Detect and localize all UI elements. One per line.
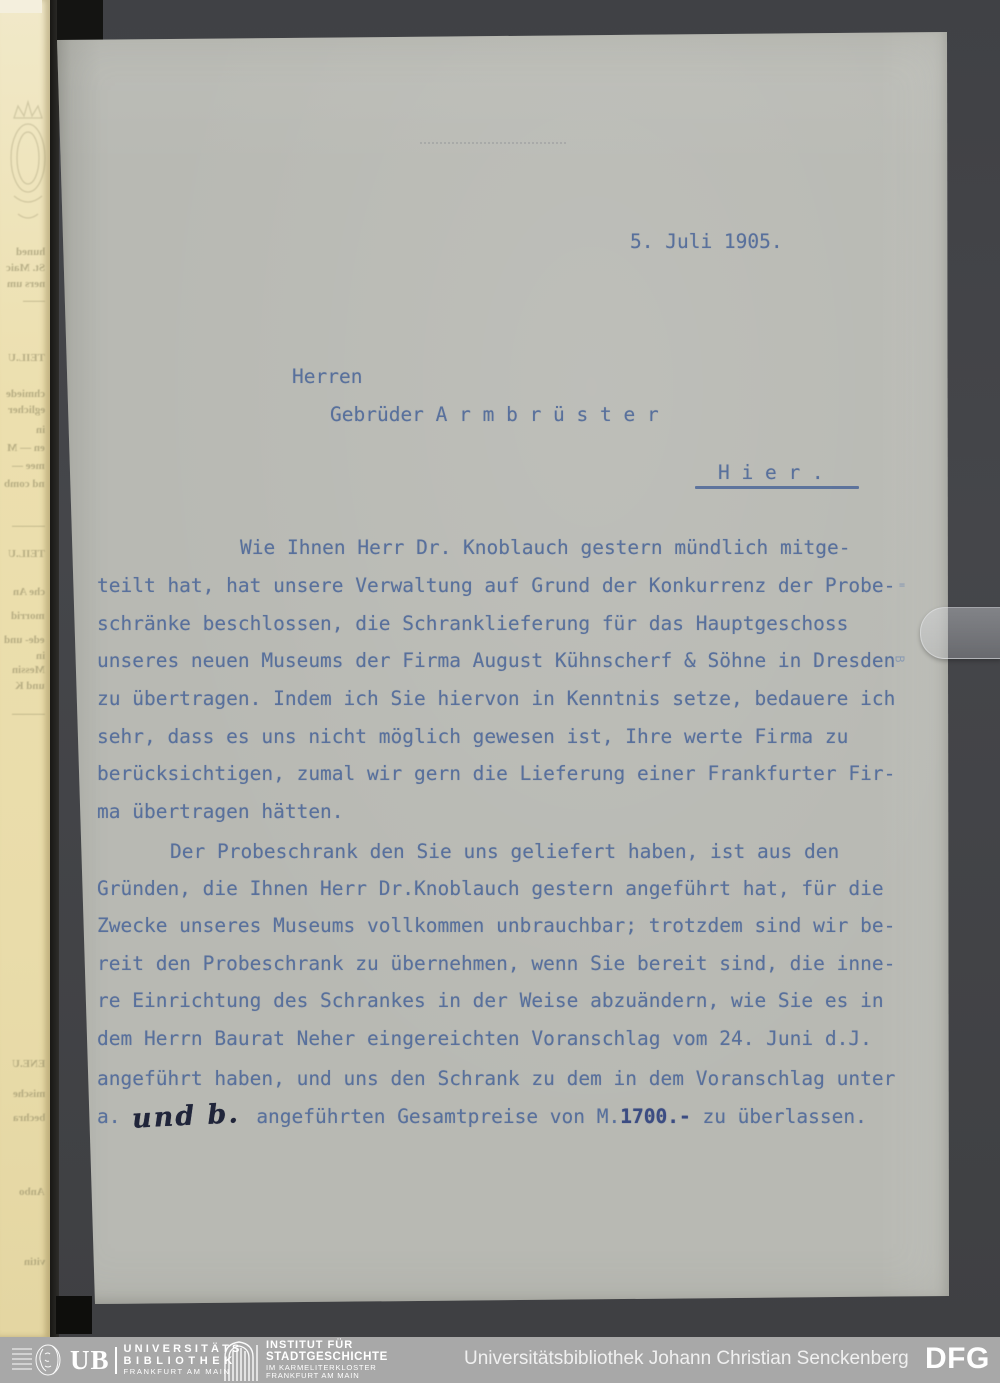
letter-body-line: sehr, dass es uns nicht möglich gewesen … — [97, 726, 848, 748]
letter-body-line: Zwecke unseres Museums vollkommen unbrau… — [97, 915, 895, 937]
page-corner-sliver — [0, 0, 42, 13]
ghost-text-fragment: ——— — [12, 708, 45, 720]
ghost-text-fragment: en — M — [7, 442, 45, 454]
ghost-text-fragment: in — [36, 650, 45, 662]
adjacent-page-edge-strip: hunedSt. Maicners um——TEIL.Uchmiedeeglic… — [0, 0, 50, 1337]
goethe-head-icon — [12, 1341, 68, 1379]
typed-segment: angeführten Gesamtpreise von M. — [256, 1105, 620, 1128]
institute-line1: INSTITUT FÜR — [266, 1339, 388, 1351]
ghost-crest-emblem — [4, 96, 48, 234]
letter-body-line: ma übertragen hätten. — [97, 801, 344, 823]
faint-margin-mark-letter: B — [893, 655, 907, 662]
ghost-text-fragment: huned — [16, 246, 45, 258]
ghost-text-fragment: vitin — [24, 1256, 45, 1268]
institute-line4: FRANKFURT AM MAIN — [266, 1372, 388, 1380]
recipient-salutation: Herren — [292, 366, 362, 388]
ghost-text-fragment: mee — — [12, 460, 45, 472]
ghost-text-fragment: TEIL.U — [8, 548, 45, 560]
letter-body-line: Wie Ihnen Herr Dr. Knoblauch gestern mün… — [240, 537, 850, 559]
ghost-text-fragment: in — [36, 424, 45, 436]
typed-amount: 1700.- — [620, 1105, 690, 1128]
faint-erased-line — [420, 142, 566, 144]
letter-body-line: reit den Probeschrank zu übernehmen, wen… — [97, 953, 895, 975]
ghost-text-fragment: ——— — [12, 520, 45, 532]
dfg-logo: DFG — [925, 1342, 990, 1375]
ghost-text-fragment: Messin — [12, 664, 45, 676]
letter-body-line: angeführt haben, und uns den Schrank zu … — [97, 1068, 895, 1090]
typed-segment: zu überlassen. — [691, 1105, 867, 1128]
handwritten-insertion: und b. — [132, 1103, 241, 1131]
ghost-text-fragment: St. Maic — [6, 262, 45, 274]
ghost-text-fragment: eglicher — [8, 404, 45, 416]
faint-margin-mark-equals: = — [899, 580, 905, 591]
recipient-place: H i e r . — [718, 462, 824, 484]
logo-divider — [115, 1347, 117, 1374]
ghost-text-fragment: nd comb — [4, 478, 45, 490]
ghost-text-fragment: Anbo — [19, 1186, 45, 1198]
ghost-text-fragment: chmiede — [6, 388, 45, 400]
typed-segment: a. — [97, 1105, 120, 1128]
library-footer-bar: UB UNIVERSITÄTS BIBLIOTHEK FRANKFURT AM … — [0, 1337, 1000, 1383]
institute-logo-text: INSTITUT FÜR STADTGESCHICHTE IM KARMELIT… — [266, 1339, 388, 1380]
letter-body-line: dem Herrn Baurat Neher eingereichten Vor… — [97, 1028, 872, 1050]
letter-body-line: zu übertragen. Indem ich Sie hiervon in … — [97, 688, 895, 710]
ghost-text-fragment: TEIL.U — [8, 352, 45, 364]
letter-date: 5. Juli 1905. — [630, 231, 783, 253]
letter-page: 5. Juli 1905. Herren Gebrüder A r m b r … — [55, 30, 949, 1304]
scan-viewer-stage: hunedSt. Maicners um——TEIL.Uchmiedeeglic… — [0, 0, 1000, 1383]
letter-body-line: Gründen, die Ihnen Herr Dr.Knoblauch ges… — [97, 878, 884, 900]
ghost-text-fragment: ede- und — [4, 634, 45, 646]
ghost-text-fragment: ners um — [7, 278, 45, 290]
place-underline — [695, 486, 859, 489]
ub-logo: UB UNIVERSITÄTS BIBLIOTHEK FRANKFURT AM … — [12, 1341, 243, 1379]
letter-body-line: unseres neuen Museums der Firma August K… — [97, 650, 895, 672]
letter-body-line: Der Probeschrank den Sie uns geliefert h… — [170, 841, 839, 863]
library-name: Universitätsbibliothek Johann Christian … — [464, 1348, 909, 1370]
letter-body-line: re Einrichtung des Schrankes in der Weis… — [97, 990, 884, 1012]
ghost-text-fragment: mische — [13, 1088, 45, 1100]
ub-abbr-label: UB — [70, 1345, 110, 1376]
letter-body-line-mixed: a.und b.angeführten Gesamtpreise von M.1… — [97, 1106, 867, 1128]
gutter-dark-corner-bottom — [56, 1296, 92, 1334]
ghost-text-fragment: ENE.U — [12, 1058, 45, 1070]
ghost-text-fragment: bechra — [13, 1112, 45, 1124]
institute-logo: INSTITUT FÜR STADTGESCHICHTE IM KARMELIT… — [220, 1339, 388, 1381]
ghost-text-fragment: morrid — [11, 610, 45, 622]
letter-body-line: teilt hat, hat unsere Verwaltung auf Gru… — [97, 575, 895, 597]
film-clip-tab — [920, 607, 1000, 659]
recipient-name: Gebrüder A r m b r ü s t e r — [330, 404, 659, 426]
gutter-dark-corner-top — [57, 0, 103, 40]
ghost-text-fragment: che An — [13, 586, 45, 598]
karmeliterkloster-arch-icon — [220, 1339, 260, 1381]
letter-body-line: schränke beschlossen, die Schranklieferu… — [97, 613, 848, 635]
ghost-text-fragment: —— — [23, 295, 45, 307]
ghost-text-fragment: und K — [15, 680, 45, 692]
letter-body-line: berücksichtigen, zumal wir gern die Lief… — [97, 763, 895, 785]
